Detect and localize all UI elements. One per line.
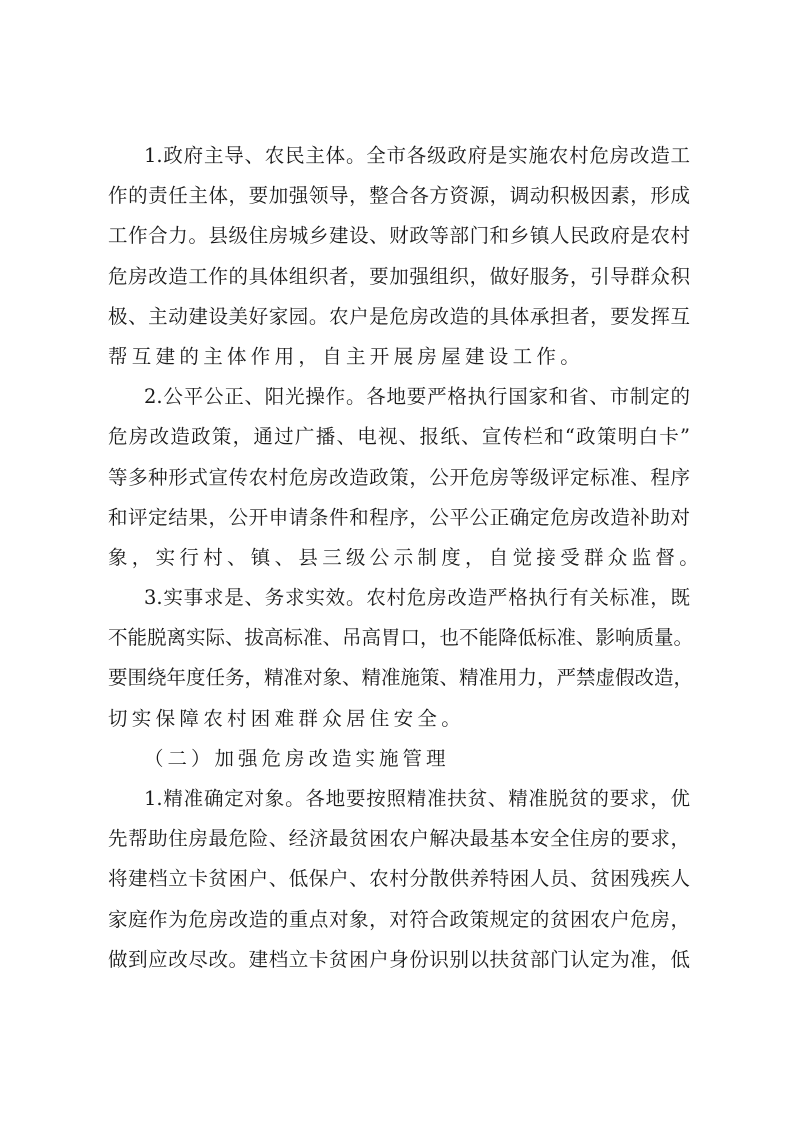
text-line: 2.公平公正、阳光操作。各地要严格执行国家和省、市制定的 [108,377,690,417]
text-line: 要围绕年度任务，精准对象、精准施策、精准用力，严禁虚假改造， [108,658,690,698]
text-line: 极、主动建设美好家园。农户是危房改造的具体承担者，要发挥互 [108,297,690,337]
text-line: 危房改造政策，通过广播、电视、报纸、宣传栏和“政策明白卡” [108,417,690,457]
text-line: 不能脱离实际、拔高标准、吊高胃口，也不能降低标准、影响质量。 [108,618,690,658]
paragraph-4: 1.精准确定对象。各地要按照精准扶贫、精准脱贫的要求，优 先帮助住房最危险、经济… [108,779,690,980]
text-line: 等多种形式宣传农村危房改造政策，公开危房等级评定标准、程序 [108,458,690,498]
text-line: 先帮助住房最危险、经济最贫困农户解决最基本安全住房的要求， [108,819,690,859]
text-line: 做到应改尽改。建档立卡贫困户身份识别以扶贫部门认定为准，低 [108,940,690,980]
text-line: 危房改造工作的具体组织者，要加强组织，做好服务，引导群众积 [108,257,690,297]
text-line: 家庭作为危房改造的重点对象，对符合政策规定的贫困农户危房， [108,900,690,940]
paragraph-2: 2.公平公正、阳光操作。各地要严格执行国家和省、市制定的 危房改造政策，通过广播… [108,377,690,578]
paragraph-1: 1.政府主导、农民主体。全市各级政府是实施农村危房改造工 作的责任主体，要加强领… [108,136,690,377]
text-line: 将建档立卡贫困户、低保户、农村分散供养特困人员、贫困残疾人 [108,859,690,899]
text-line: 工作合力。县级住房城乡建设、财政等部门和乡镇人民政府是农村 [108,216,690,256]
text-line: 1.政府主导、农民主体。全市各级政府是实施农村危房改造工 [108,136,690,176]
text-line: 和评定结果，公开申请条件和程序，公平公正确定危房改造补助对 [108,498,690,538]
text-line: 作的责任主体，要加强领导，整合各方资源，调动积极因素，形成 [108,176,690,216]
document-page: 1.政府主导、农民主体。全市各级政府是实施农村危房改造工 作的责任主体，要加强领… [108,136,690,980]
text-line: 帮互建的主体作用，自主开展房屋建设工作。 [108,337,690,377]
text-line: 切实保障农村困难群众居住安全。 [108,699,690,739]
section-heading: （二）加强危房改造实施管理 [108,739,690,779]
text-line: 3.实事求是、务求实效。农村危房改造严格执行有关标准，既 [108,578,690,618]
paragraph-3: 3.实事求是、务求实效。农村危房改造严格执行有关标准，既 不能脱离实际、拔高标准… [108,578,690,739]
text-line: 象，实行村、镇、县三级公示制度，自觉接受群众监督。 [108,538,690,578]
text-line: 1.精准确定对象。各地要按照精准扶贫、精准脱贫的要求，优 [108,779,690,819]
